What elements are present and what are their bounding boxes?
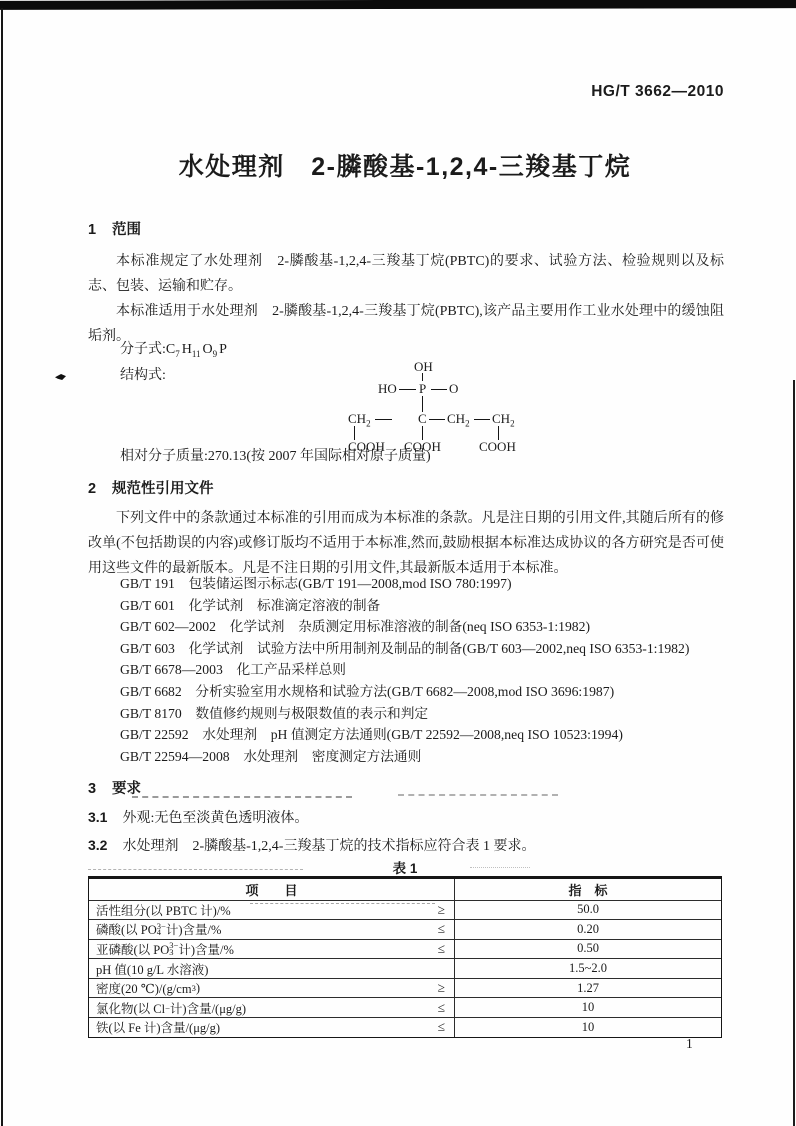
clause-number: 3.2 bbox=[88, 837, 107, 853]
item-label-post: 计)含量/% bbox=[178, 940, 234, 958]
bond-vertical bbox=[354, 426, 355, 440]
reference-item: GB/T 22594—2008 水处理剂 密度测定方法通则 bbox=[120, 746, 740, 768]
table-cell-item: 亚磷酸(以 PO3−3 计)含量/%≤ bbox=[89, 940, 455, 959]
scan-artifact-dashes bbox=[398, 794, 558, 796]
table-1: 项 目 指 标 活性组分(以 PBTC 计)/%≥ 50.0 磷酸(以 PO3−… bbox=[88, 876, 722, 1038]
reference-item: GB/T 6682 分析实验室用水规格和试验方法(GB/T 6682—2008,… bbox=[120, 681, 740, 703]
table-cell-value: 10 bbox=[455, 1018, 721, 1037]
structural-formula: OH HO P O CH2 C CH2 CH2 COOH COOH COOH bbox=[348, 360, 524, 456]
section-number: 1 bbox=[88, 222, 98, 238]
reference-item: GB/T 603 化学试剂 试验方法中所用制剂及制品的制备(GB/T 603—2… bbox=[120, 638, 740, 660]
molecular-formula-label: 分子式: bbox=[120, 342, 166, 357]
table-cell-value: 0.20 bbox=[455, 920, 721, 939]
table-cell-item: 密度(20 ℃)/(g/cm3)≥ bbox=[89, 979, 455, 998]
clause-3-1: 3.1外观:无色至淡黄色透明液体。 bbox=[88, 807, 728, 829]
relation-symbol: ≥ bbox=[438, 902, 445, 918]
table-row: 磷酸(以 PO3−4 计)含量/%≤ 0.20 bbox=[89, 919, 721, 939]
bond-horizontal bbox=[375, 419, 392, 420]
formula-element: C bbox=[166, 342, 175, 357]
table-row: 活性组分(以 PBTC 计)/%≥ 50.0 bbox=[89, 900, 721, 920]
section-number: 2 bbox=[88, 481, 98, 497]
clause-number: 3.1 bbox=[88, 809, 107, 825]
atom-ch2: CH2 bbox=[348, 412, 371, 431]
table-row: 氯化物(以 Cl− 计)含量/(μg/g)≤ 10 bbox=[89, 997, 721, 1017]
sub-sup: 3−3 bbox=[169, 942, 178, 955]
structure-label: 结构式: bbox=[120, 366, 166, 386]
table-cell-value: 1.27 bbox=[455, 979, 721, 998]
clause-text: 水处理剂 2-膦酸基-1,2,4-三羧基丁烷的技术指标应符合表 1 要求。 bbox=[122, 839, 535, 854]
table-header-item: 项 目 bbox=[89, 879, 455, 900]
clause-3-2: 3.2水处理剂 2-膦酸基-1,2,4-三羧基丁烷的技术指标应符合表 1 要求。 bbox=[88, 835, 728, 857]
scan-artifact-mark bbox=[55, 374, 66, 380]
bond-horizontal bbox=[474, 419, 490, 420]
bond-vertical bbox=[422, 426, 423, 440]
normative-references-paragraph: 下列文件中的条款通过本标准的引用而成为本标准的条款。凡是注日期的引用文件,其随后… bbox=[88, 506, 724, 581]
bond-horizontal bbox=[431, 389, 447, 390]
table-cell-value: 1.5~2.0 bbox=[455, 959, 721, 978]
section-number: 3 bbox=[88, 781, 98, 797]
table-row: 亚磷酸(以 PO3−3 计)含量/%≤ 0.50 bbox=[89, 939, 721, 959]
item-label-post: 计)含量/% bbox=[166, 920, 222, 938]
item-label-post: ) bbox=[196, 981, 200, 996]
bond-vertical bbox=[498, 426, 499, 440]
table-cell-item: 铁(以 Fe 计)含量/(μg/g)≤ bbox=[89, 1018, 455, 1037]
table-row: pH 值(10 g/L 水溶液) 1.5~2.0 bbox=[89, 958, 721, 978]
page-number: 1 bbox=[686, 1036, 693, 1052]
table-header-index: 指 标 bbox=[455, 879, 721, 900]
standard-number: HG/T 3662—2010 bbox=[591, 83, 724, 101]
bond-horizontal bbox=[399, 389, 416, 390]
references-list: GB/T 191 包装储运图示标志(GB/T 191—2008,mod ISO … bbox=[120, 573, 740, 767]
atom-ho: HO bbox=[378, 382, 397, 396]
reference-item: GB/T 602—2002 化学试剂 杂质测定用标准溶液的制备(neq ISO … bbox=[120, 616, 740, 638]
clause-text: 外观:无色至淡黄色透明液体。 bbox=[122, 811, 308, 826]
atom-p: P bbox=[419, 382, 426, 396]
reference-item: GB/T 6678—2003 化工产品采样总则 bbox=[120, 659, 740, 681]
table-row: 铁(以 Fe 计)含量/(μg/g)≤ 10 bbox=[89, 1017, 721, 1037]
table-cell-value: 0.50 bbox=[455, 940, 721, 959]
table-cell-item: 活性组分(以 PBTC 计)/%≥ bbox=[89, 901, 455, 920]
section-heading-text: 规范性引用文件 bbox=[112, 481, 214, 497]
molecular-formula: 分子式:C7H11O9P bbox=[120, 340, 227, 364]
bond-vertical bbox=[422, 396, 423, 412]
section-heading-text: 要求 bbox=[112, 781, 141, 797]
section-2-heading: 2规范性引用文件 bbox=[88, 477, 214, 498]
reference-item: GB/T 191 包装储运图示标志(GB/T 191—2008,mod ISO … bbox=[120, 573, 740, 595]
relation-symbol: ≤ bbox=[438, 921, 445, 937]
section-3-heading: 3要求 bbox=[88, 777, 141, 798]
atom-ch2: CH2 bbox=[492, 412, 515, 431]
section-1-heading: 1范围 bbox=[88, 218, 141, 239]
table-cell-item: pH 值(10 g/L 水溶液) bbox=[89, 959, 455, 978]
scan-artifact-top-bar bbox=[0, 0, 796, 10]
scan-artifact-left-line bbox=[1, 8, 3, 1126]
sub-sup: 3−4 bbox=[157, 923, 166, 936]
formula-element: O bbox=[203, 342, 213, 357]
item-label: 密度(20 ℃)/(g/cm bbox=[96, 979, 192, 997]
item-label: 磷酸(以 PO bbox=[96, 920, 157, 938]
table-row: 密度(20 ℃)/(g/cm3)≥ 1.27 bbox=[89, 978, 721, 998]
atom-cooh: COOH bbox=[479, 440, 516, 454]
atom-c: C bbox=[418, 412, 427, 426]
formula-element: P bbox=[219, 342, 227, 357]
item-label: 亚磷酸(以 PO bbox=[96, 940, 169, 958]
scan-artifact-dashes bbox=[132, 796, 352, 798]
atom-oh: OH bbox=[414, 360, 433, 374]
item-label-post: 计)含量/(μg/g) bbox=[170, 999, 246, 1017]
section-heading-text: 范围 bbox=[112, 222, 141, 238]
formula-element: H bbox=[182, 342, 192, 357]
item-label: pH 值(10 g/L 水溶液) bbox=[96, 960, 208, 978]
table-header-row: 项 目 指 标 bbox=[89, 879, 721, 900]
molar-mass-line: 相对分子质量:270.13(按 2007 年国际相对原子质量) bbox=[120, 447, 431, 467]
scan-artifact-right-line bbox=[793, 380, 795, 1126]
item-label: 铁(以 Fe 计)含量/(μg/g) bbox=[96, 1018, 220, 1036]
relation-symbol: ≥ bbox=[438, 980, 445, 996]
relation-symbol: ≤ bbox=[438, 1000, 445, 1016]
table-cell-item: 磷酸(以 PO3−4 计)含量/%≤ bbox=[89, 920, 455, 939]
table-caption: 表 1 bbox=[88, 857, 722, 877]
bond-horizontal bbox=[429, 419, 445, 420]
relation-symbol: ≤ bbox=[438, 941, 445, 957]
atom-ch2: CH2 bbox=[447, 412, 470, 431]
table-cell-value: 50.0 bbox=[455, 901, 721, 920]
reference-item: GB/T 22592 水处理剂 pH 值测定方法通则(GB/T 22592—20… bbox=[120, 724, 740, 746]
bond-vertical bbox=[422, 373, 423, 381]
table-cell-item: 氯化物(以 Cl− 计)含量/(μg/g)≤ bbox=[89, 998, 455, 1017]
table-cell-value: 10 bbox=[455, 998, 721, 1017]
atom-o: O bbox=[449, 382, 458, 396]
item-label: 氯化物(以 Cl bbox=[96, 999, 165, 1017]
document-page: HG/T 3662—2010 水处理剂 2-膦酸基-1,2,4-三羧基丁烷 1范… bbox=[0, 0, 796, 1126]
reference-item: GB/T 601 化学试剂 标准滴定溶液的制备 bbox=[120, 595, 740, 617]
item-label: 活性组分(以 PBTC 计)/% bbox=[96, 901, 231, 919]
reference-item: GB/T 8170 数值修约规则与极限数值的表示和判定 bbox=[120, 703, 740, 725]
page-title: 水处理剂 2-膦酸基-1,2,4-三羧基丁烷 bbox=[88, 147, 722, 183]
scope-paragraph-1: 本标准规定了水处理剂 2-膦酸基-1,2,4-三羧基丁烷(PBTC)的要求、试验… bbox=[88, 249, 724, 299]
relation-symbol: ≤ bbox=[438, 1019, 445, 1035]
